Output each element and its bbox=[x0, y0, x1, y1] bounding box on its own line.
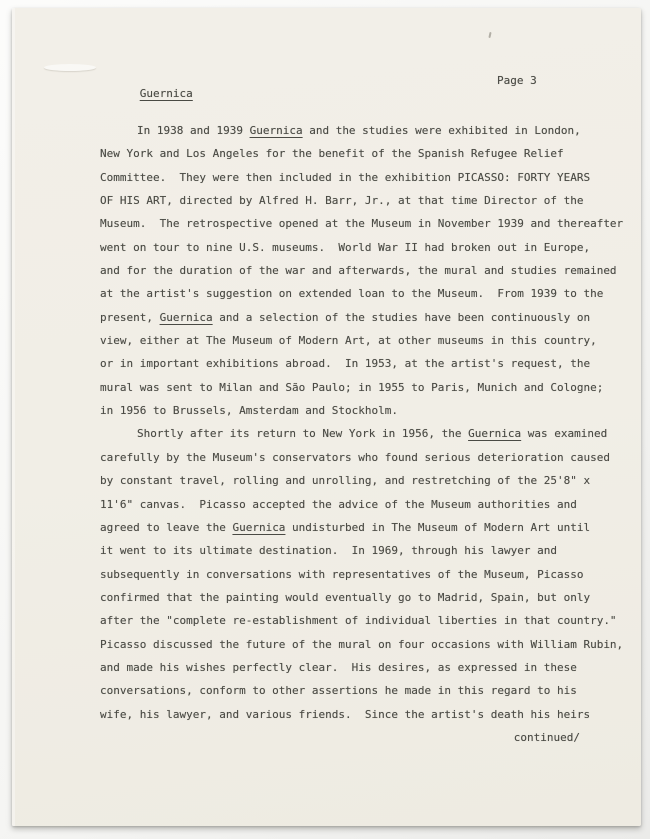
text-line: OF HIS ART, directed by Alfred H. Barr, … bbox=[100, 189, 630, 212]
text-line: view, either at The Museum of Modern Art… bbox=[100, 329, 630, 352]
text-segment: went on tour to nine U.S. museums. World… bbox=[100, 241, 590, 254]
text-line: New York and Los Angeles for the benefit… bbox=[100, 142, 630, 165]
text-segment: Shortly after its return to New York in … bbox=[137, 427, 468, 440]
text-segment: agreed to leave the bbox=[100, 521, 232, 534]
text-segment: and a selection of the studies have been… bbox=[213, 311, 591, 324]
text-segment: carefully by the Museum's conservators w… bbox=[100, 451, 610, 464]
text-segment: Committee. They were then included in th… bbox=[100, 171, 590, 184]
text-line: continued/ bbox=[100, 726, 630, 749]
text-line: Museum. The retrospective opened at the … bbox=[100, 212, 630, 235]
text-line: carefully by the Museum's conservators w… bbox=[100, 446, 630, 469]
underlined-term: Guernica bbox=[468, 427, 521, 440]
text-line: Shortly after its return to New York in … bbox=[100, 422, 630, 445]
text-line: confirmed that the painting would eventu… bbox=[100, 586, 630, 609]
text-segment: by constant travel, rolling and unrollin… bbox=[100, 474, 590, 487]
page-number: Page 3 bbox=[497, 74, 537, 87]
text-line: conversations, conform to other assertio… bbox=[100, 679, 630, 702]
text-segment: at the artist's suggestion on extended l… bbox=[100, 287, 603, 300]
text-segment: subsequently in conversations with repre… bbox=[100, 568, 583, 581]
text-line: at the artist's suggestion on extended l… bbox=[100, 282, 630, 305]
text-segment: after the "complete re-establishment of … bbox=[100, 614, 617, 627]
underlined-term: Guernica bbox=[250, 124, 303, 137]
document-page: Guernica Page 3 In 1938 and 1939 Guernic… bbox=[12, 8, 641, 826]
text-segment: and for the duration of the war and afte… bbox=[100, 264, 617, 277]
underlined-term: Guernica bbox=[232, 521, 285, 534]
text-segment: wife, his lawyer, and various friends. S… bbox=[100, 708, 590, 721]
text-segment: OF HIS ART, directed by Alfred H. Barr, … bbox=[100, 194, 583, 207]
underlined-term: Guernica bbox=[160, 311, 213, 324]
text-line: it went to its ultimate destination. In … bbox=[100, 539, 630, 562]
text-line: wife, his lawyer, and various friends. S… bbox=[100, 703, 630, 726]
text-segment: or in important exhibitions abroad. In 1… bbox=[100, 357, 590, 370]
text-line: or in important exhibitions abroad. In 1… bbox=[100, 352, 630, 375]
text-segment: it went to its ultimate destination. In … bbox=[100, 544, 557, 557]
text-segment: undisturbed in The Museum of Modern Art … bbox=[285, 521, 590, 534]
text-segment: mural was sent to Milan and São Paulo; i… bbox=[100, 381, 603, 394]
text-segment: Picasso discussed the future of the mura… bbox=[100, 638, 623, 651]
text-segment: present, bbox=[100, 311, 160, 324]
text-line: 11'6" canvas. Picasso accepted the advic… bbox=[100, 493, 630, 516]
paper-scuff bbox=[44, 64, 96, 71]
text-line: after the "complete re-establishment of … bbox=[100, 609, 630, 632]
text-segment: and the studies were exhibited in London… bbox=[303, 124, 581, 137]
text-segment: in 1956 to Brussels, Amsterdam and Stock… bbox=[100, 404, 398, 417]
text-line: went on tour to nine U.S. museums. World… bbox=[100, 236, 630, 259]
text-line: In 1938 and 1939 Guernica and the studie… bbox=[100, 119, 630, 142]
text-line: Committee. They were then included in th… bbox=[100, 166, 630, 189]
text-line: in 1956 to Brussels, Amsterdam and Stock… bbox=[100, 399, 630, 422]
text-line: and made his wishes perfectly clear. His… bbox=[100, 656, 630, 679]
scan-speck bbox=[488, 32, 491, 38]
text-segment: and made his wishes perfectly clear. His… bbox=[100, 661, 577, 674]
text-segment: In 1938 and 1939 bbox=[137, 124, 250, 137]
text-segment: conversations, conform to other assertio… bbox=[100, 684, 577, 697]
text-line: and for the duration of the war and afte… bbox=[100, 259, 630, 282]
text-segment: was examined bbox=[521, 427, 607, 440]
text-segment: confirmed that the painting would eventu… bbox=[100, 591, 590, 604]
text-line: present, Guernica and a selection of the… bbox=[100, 306, 630, 329]
page-header: Guernica Page 3 bbox=[100, 74, 620, 94]
text-line: Picasso discussed the future of the mura… bbox=[100, 633, 630, 656]
text-segment: continued/ bbox=[514, 731, 580, 744]
document-body: In 1938 and 1939 Guernica and the studie… bbox=[100, 119, 630, 749]
text-segment: 11'6" canvas. Picasso accepted the advic… bbox=[100, 498, 577, 511]
text-segment: New York and Los Angeles for the benefit… bbox=[100, 147, 564, 160]
text-line: by constant travel, rolling and unrollin… bbox=[100, 469, 630, 492]
text-segment: Museum. The retrospective opened at the … bbox=[100, 217, 623, 230]
document-title: Guernica bbox=[140, 87, 193, 100]
text-line: subsequently in conversations with repre… bbox=[100, 563, 630, 586]
text-segment: view, either at The Museum of Modern Art… bbox=[100, 334, 597, 347]
text-line: agreed to leave the Guernica undisturbed… bbox=[100, 516, 630, 539]
scan-background: Guernica Page 3 In 1938 and 1939 Guernic… bbox=[0, 0, 650, 839]
text-line: mural was sent to Milan and São Paulo; i… bbox=[100, 376, 630, 399]
